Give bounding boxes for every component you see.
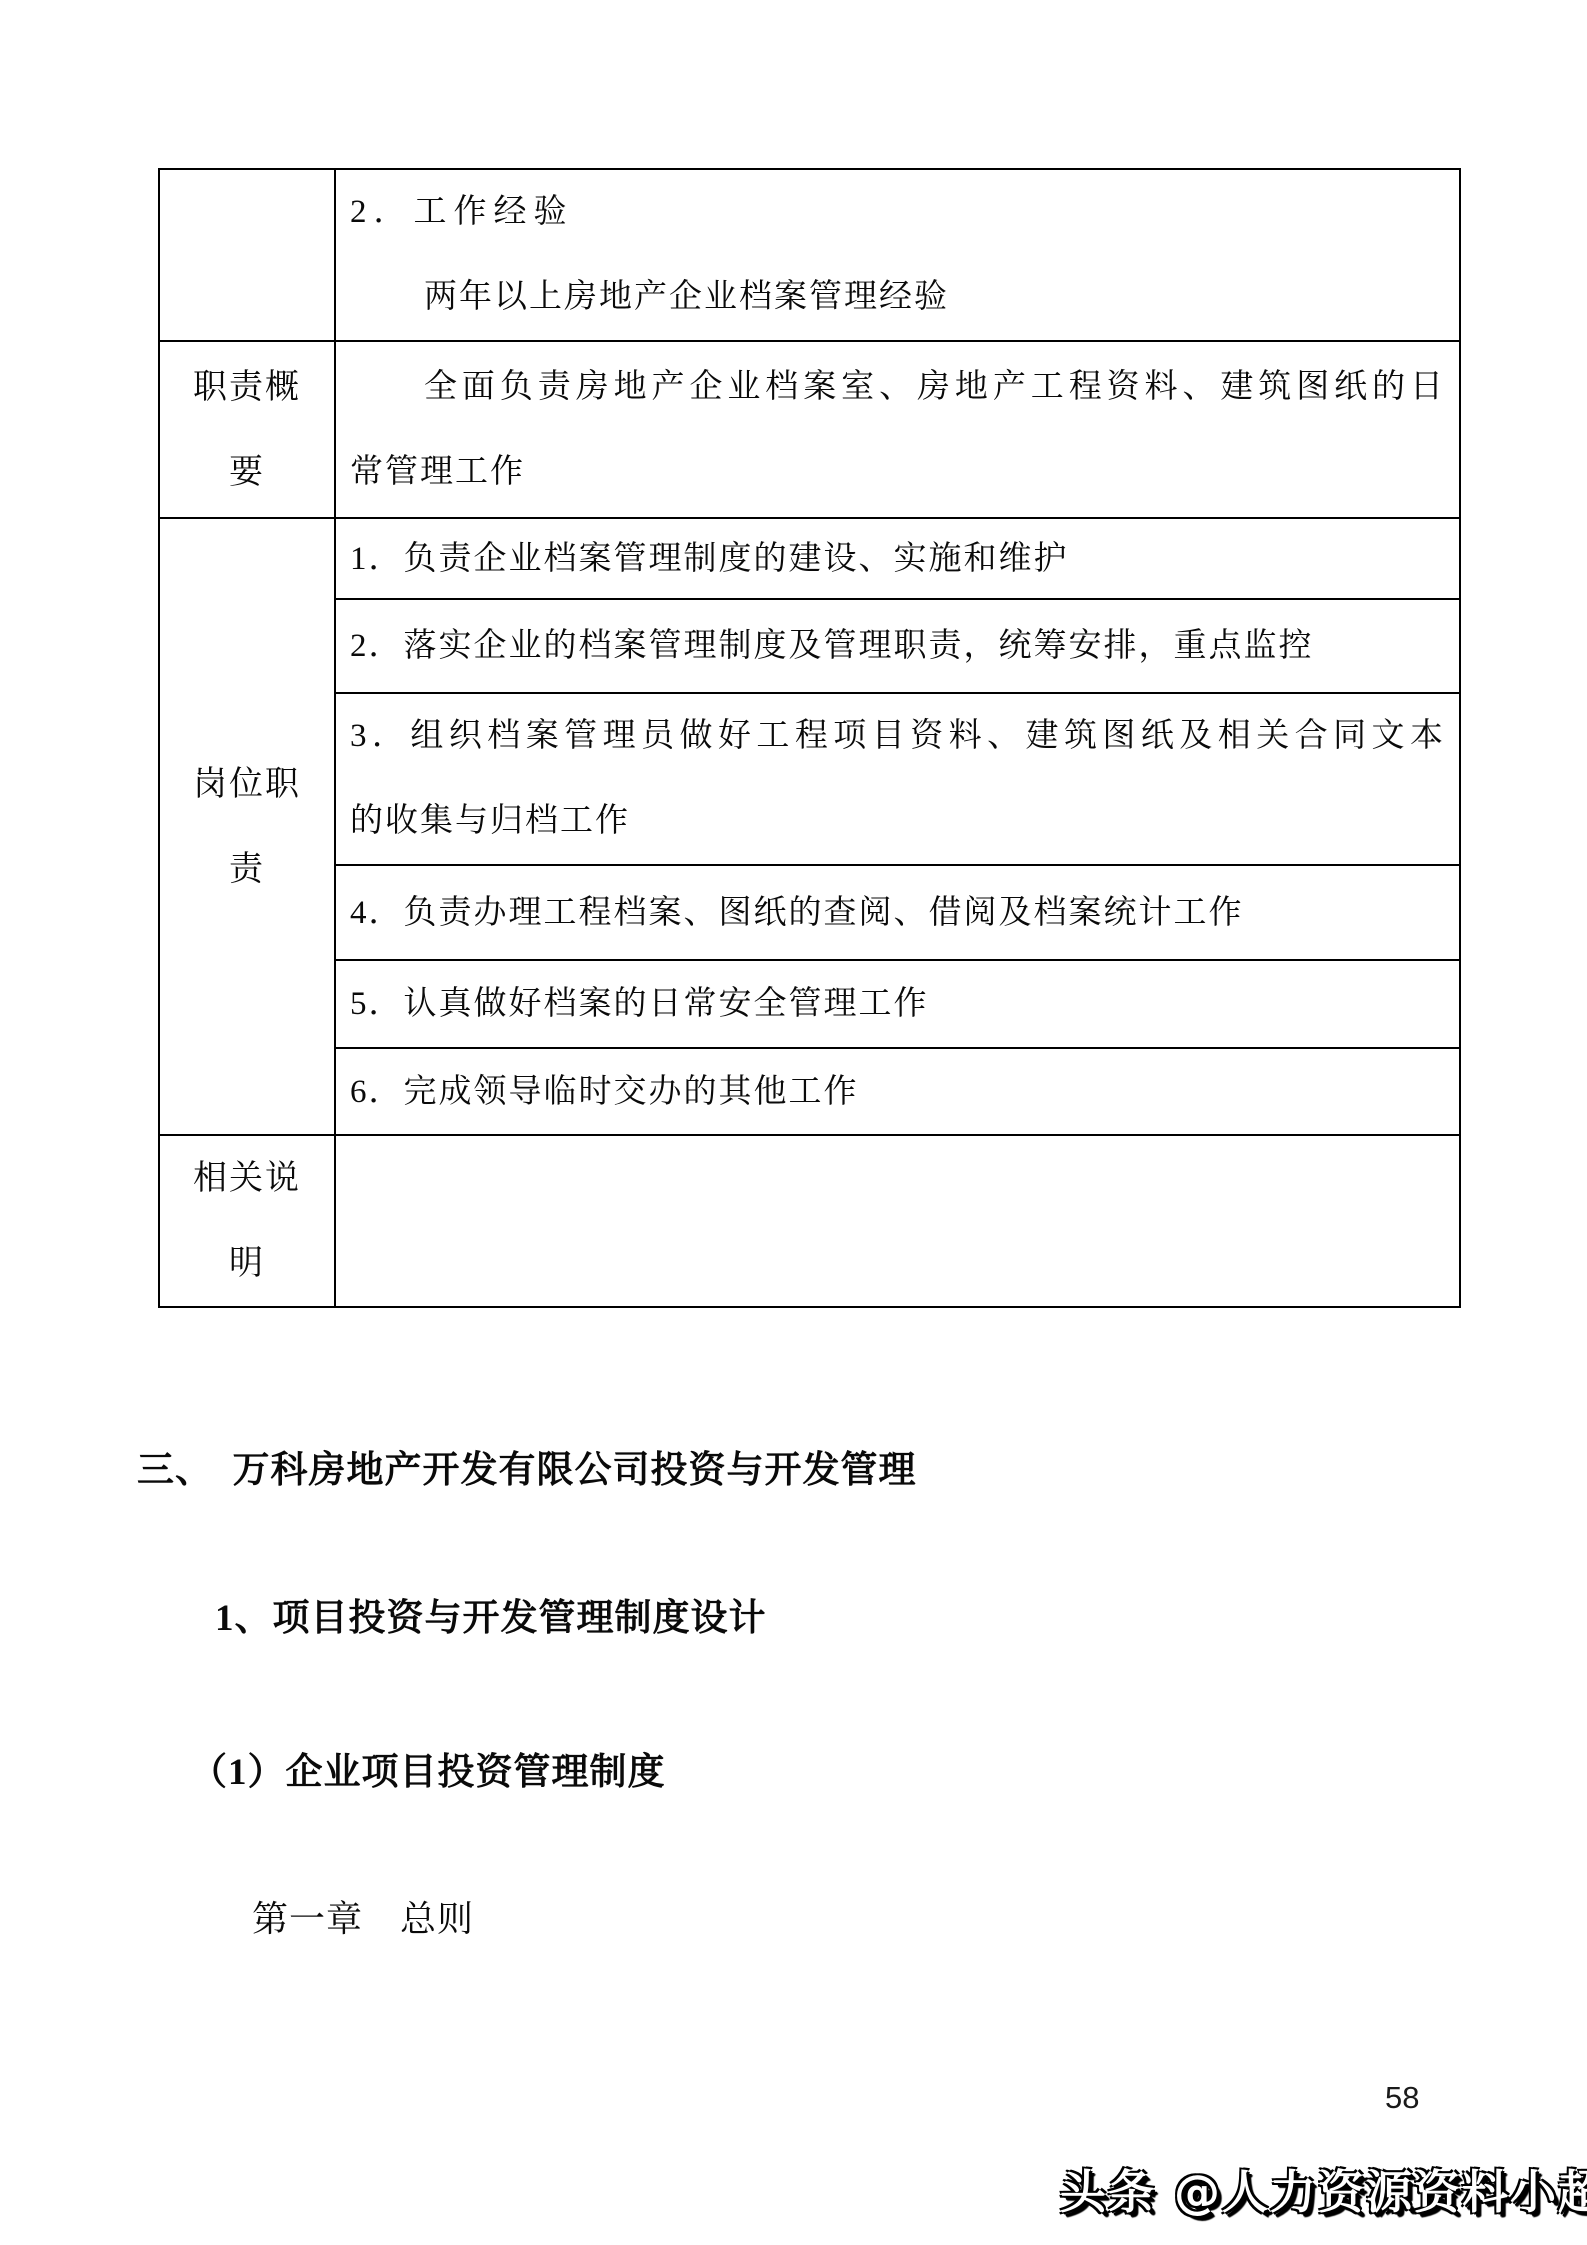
chapter-heading: 第一章 总则 [252, 1896, 474, 1942]
cell-line: 6．完成领导临时交办的其他工作 [350, 1056, 1445, 1128]
cell-line: 全面负责房地产企业档案室、房地产工程资料、建筑图纸的日 [350, 345, 1445, 430]
cell-line: 2．落实企业的档案管理制度及管理职责，统筹安排，重点监控 [350, 610, 1445, 682]
cell-line: 常管理工作 [350, 430, 1445, 515]
table-row-continuation: 2．工作经验 两年以上房地产企业档案管理经验 [159, 169, 1460, 341]
content-cell-duty-5: 5．认真做好档案的日常安全管理工作 [335, 960, 1460, 1048]
cell-line: 2．工作经验 [350, 170, 1445, 255]
table-row-duty-6: 6．完成领导临时交办的其他工作 [159, 1048, 1460, 1135]
watermark-text: 头条 @人力资源资料小超市 [1060, 2156, 1587, 2222]
content-cell-duty-4: 4．负责办理工程档案、图纸的查阅、借阅及档案统计工作 [335, 865, 1460, 960]
cell-line: 4．负责办理工程档案、图纸的查阅、借阅及档案统计工作 [350, 877, 1445, 949]
table-row-summary: 职责概 要 全面负责房地产企业档案室、房地产工程资料、建筑图纸的日 常管理工作 [159, 341, 1460, 518]
label-line: 责 [160, 827, 334, 912]
table-row-notes: 相关说 明 [159, 1135, 1460, 1307]
label-line: 岗位职 [160, 742, 334, 827]
cell-line: 1．负责企业档案管理制度的建设、实施和维护 [350, 523, 1445, 595]
label-cell-empty [159, 169, 335, 341]
label-line: 明 [160, 1221, 334, 1306]
table-row-duty-3: 3．组织档案管理员做好工程项目资料、建筑图纸及相关合同文本 的收集与归档工作 [159, 693, 1460, 865]
cell-line: 两年以上房地产企业档案管理经验 [350, 255, 1445, 340]
section-heading-level1: 三、 万科房地产开发有限公司投资与开发管理 [137, 1448, 917, 1494]
table-row-duty-5: 5．认真做好档案的日常安全管理工作 [159, 960, 1460, 1048]
label-cell-summary: 职责概 要 [159, 341, 335, 518]
label-line: 要 [160, 430, 334, 515]
label-cell-duties: 岗位职 责 [159, 518, 335, 1135]
section-heading-level3: （1）企业项目投资管理制度 [190, 1750, 666, 1796]
content-cell-duty-3: 3．组织档案管理员做好工程项目资料、建筑图纸及相关合同文本 的收集与归档工作 [335, 693, 1460, 865]
label-line: 相关说 [160, 1136, 334, 1221]
job-description-table: 2．工作经验 两年以上房地产企业档案管理经验 职责概 要 全面负责房地产企业档案… [158, 168, 1461, 1308]
cell-line: 3．组织档案管理员做好工程项目资料、建筑图纸及相关合同文本 [350, 694, 1445, 779]
section-heading-level2: 1、项目投资与开发管理制度设计 [215, 1596, 767, 1642]
label-line: 职责概 [160, 345, 334, 430]
content-cell-notes [335, 1135, 1460, 1307]
content-cell-duty-6: 6．完成领导临时交办的其他工作 [335, 1048, 1460, 1135]
table-row-duty-1: 岗位职 责 1．负责企业档案管理制度的建设、实施和维护 [159, 518, 1460, 599]
content-cell-experience: 2．工作经验 两年以上房地产企业档案管理经验 [335, 169, 1460, 341]
table-row-duty-4: 4．负责办理工程档案、图纸的查阅、借阅及档案统计工作 [159, 865, 1460, 960]
document-page: 2．工作经验 两年以上房地产企业档案管理经验 职责概 要 全面负责房地产企业档案… [0, 0, 1587, 2245]
page-number: 58 [1385, 2080, 1419, 2116]
label-cell-notes: 相关说 明 [159, 1135, 335, 1307]
cell-line: 5．认真做好档案的日常安全管理工作 [350, 968, 1445, 1040]
content-cell-duty-2: 2．落实企业的档案管理制度及管理职责，统筹安排，重点监控 [335, 599, 1460, 693]
content-cell-duty-1: 1．负责企业档案管理制度的建设、实施和维护 [335, 518, 1460, 599]
content-cell-summary: 全面负责房地产企业档案室、房地产工程资料、建筑图纸的日 常管理工作 [335, 341, 1460, 518]
table-row-duty-2: 2．落实企业的档案管理制度及管理职责，统筹安排，重点监控 [159, 599, 1460, 693]
cell-line: 的收集与归档工作 [350, 779, 1445, 864]
